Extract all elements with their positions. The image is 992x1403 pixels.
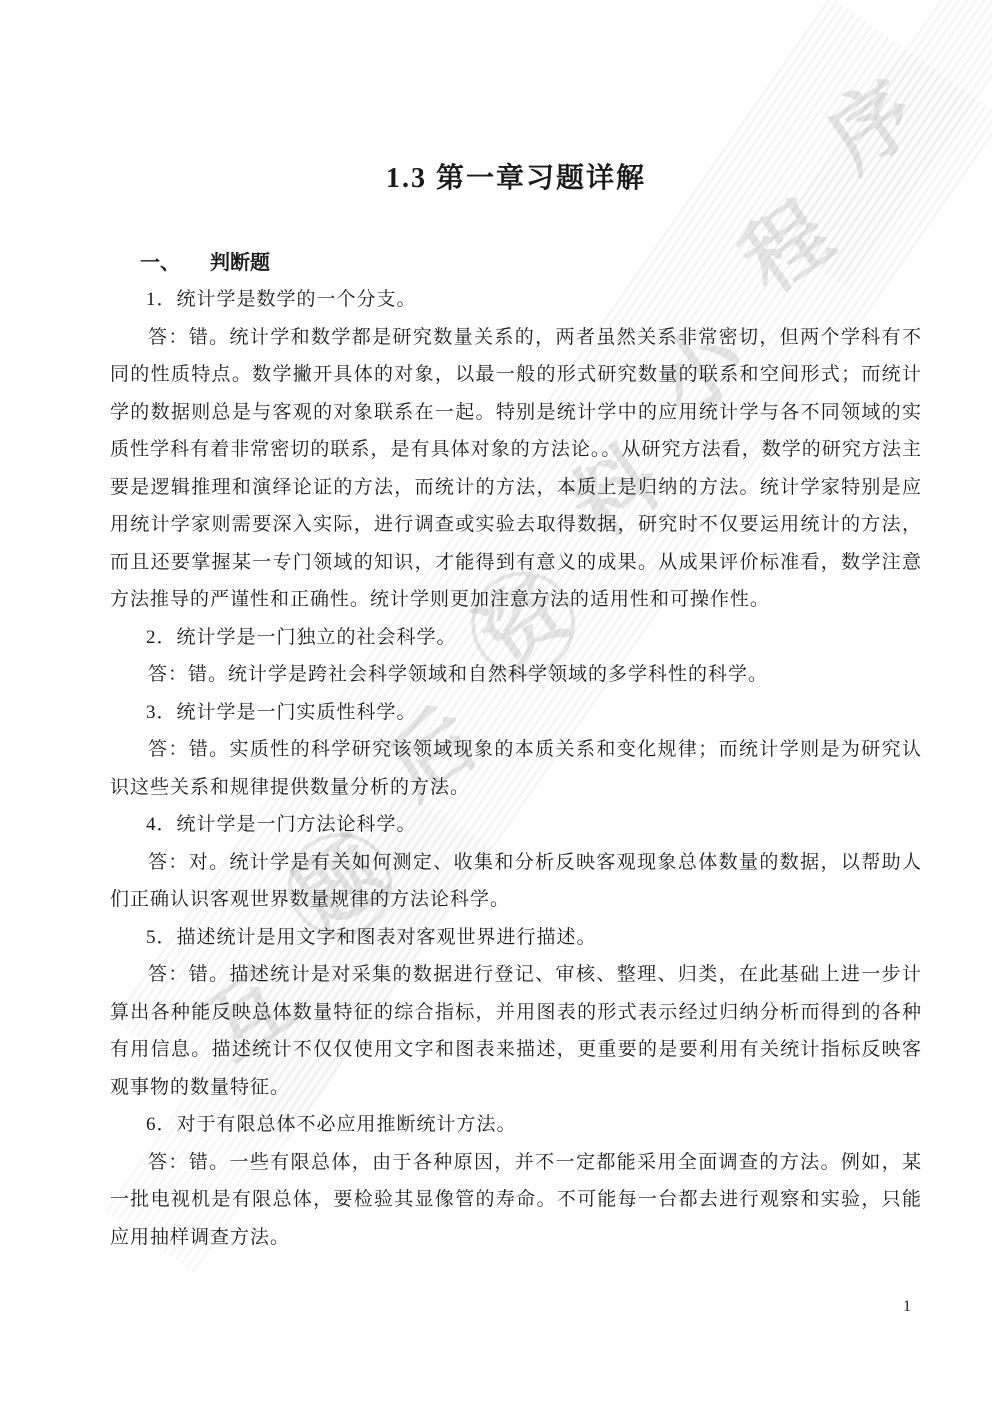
answer-paragraph: 答：错。统计学和数学都是研究数量关系的，两者虽然关系非常密切，但两个学科有不同的… bbox=[110, 319, 922, 619]
document-page: 互题后资料小程序 1.3 第一章习题详解 一、判断题 1．统计学是数学的一个分支… bbox=[0, 0, 992, 1403]
question-line: 5．描述统计是用文字和图表对客观世界进行描述。 bbox=[110, 919, 922, 957]
document-content: 1.3 第一章习题详解 一、判断题 1．统计学是数学的一个分支。答：错。统计学和… bbox=[110, 0, 922, 1256]
question-line: 4．统计学是一门方法论科学。 bbox=[110, 806, 922, 844]
page-title: 1.3 第一章习题详解 bbox=[110, 156, 922, 196]
answer-paragraph: 答：对。统计学是有关如何测定、收集和分析反映客观现象总体数量的数据，以帮助人们正… bbox=[110, 844, 922, 919]
qa-list: 1．统计学是数学的一个分支。答：错。统计学和数学都是研究数量关系的，两者虽然关系… bbox=[110, 281, 922, 1256]
answer-paragraph: 答：错。实质性的科学研究该领域现象的本质关系和变化规律；而统计学则是为研究认识这… bbox=[110, 731, 922, 806]
question-line: 3．统计学是一门实质性科学。 bbox=[110, 694, 922, 732]
question-line: 2．统计学是一门独立的社会科学。 bbox=[110, 619, 922, 657]
question-line: 6．对于有限总体不必应用推断统计方法。 bbox=[110, 1106, 922, 1144]
section-heading: 一、判断题 bbox=[110, 246, 922, 275]
answer-paragraph: 答：错。统计学是跨社会科学领域和自然科学领域的多学科性的科学。 bbox=[110, 656, 922, 694]
question-line: 1．统计学是数学的一个分支。 bbox=[110, 281, 922, 319]
answer-paragraph: 答：错。描述统计是对采集的数据进行登记、审核、整理、归类，在此基础上进一步计算出… bbox=[110, 956, 922, 1106]
section-label: 判断题 bbox=[210, 252, 270, 274]
section-marker: 一、 bbox=[140, 252, 180, 274]
page-number: 1 bbox=[903, 1298, 911, 1316]
answer-paragraph: 答：错。一些有限总体，由于各种原因，并不一定都能采用全面调查的方法。例如，某一批… bbox=[110, 1144, 922, 1257]
